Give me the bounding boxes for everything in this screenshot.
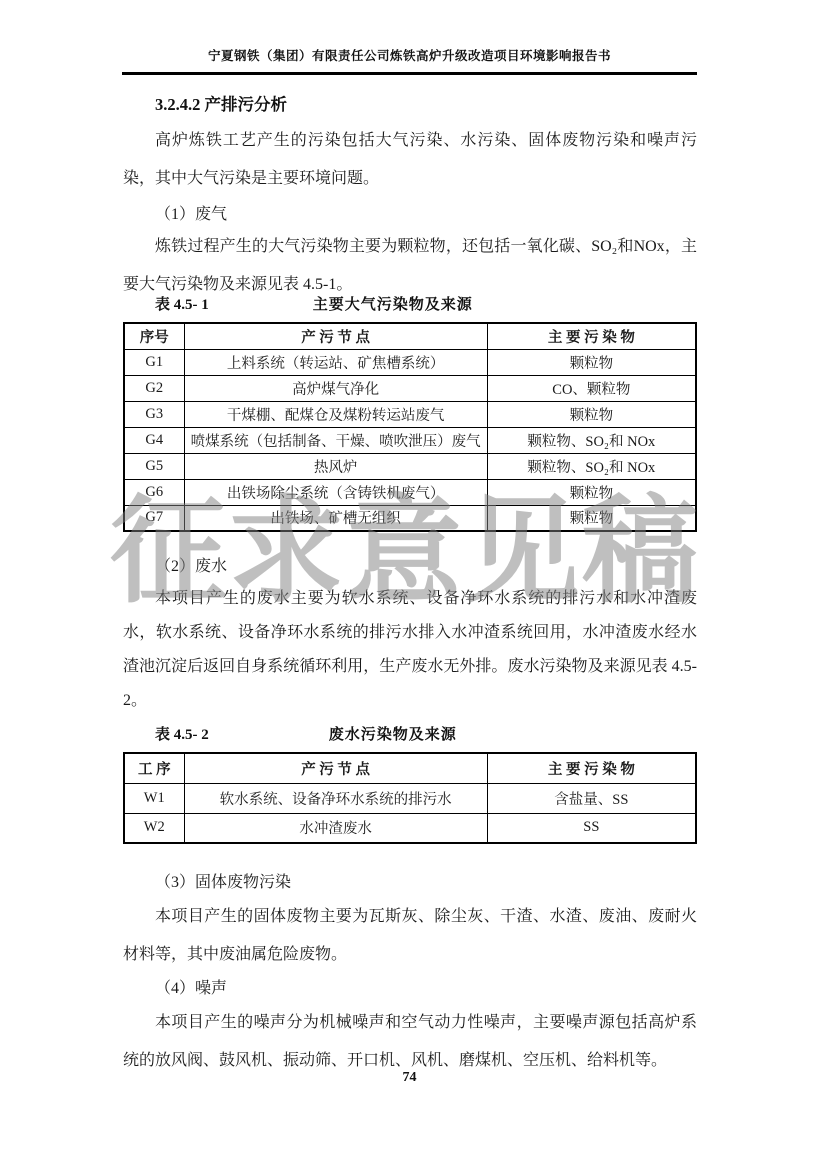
cell-id: W2: [124, 813, 184, 843]
table-row: G3 干煤棚、配煤仓及煤粉转运站废气 颗粒物: [124, 401, 696, 427]
subsection-3-heading: （3）固体废物污染: [123, 864, 697, 902]
table2-caption: 表 4.5- 2 废水污染物及来源: [123, 722, 697, 748]
section-heading: 3.2.4.2 产排污分析: [123, 90, 697, 120]
table-row: G4 喷煤系统（包括制备、干燥、喷吹泄压）废气 颗粒物、SO₂和 NOx: [124, 427, 696, 453]
table-row: G7 出铁场、矿槽无组织 颗粒物: [124, 505, 696, 531]
cell-pollutant: 颗粒物、SO₂和 NOx: [487, 453, 696, 479]
table1-header-id: 序号: [124, 323, 184, 349]
table2-caption-label: 表 4.5- 2: [155, 722, 209, 748]
cell-id: G1: [124, 349, 184, 375]
cell-node: 热风炉: [184, 453, 487, 479]
cell-pollutant: 颗粒物: [487, 479, 696, 505]
table-header-row: 工 序 产 污 节 点 主 要 污 染 物: [124, 753, 696, 783]
table-row: G6 出铁场除尘系统（含铸铁机废气） 颗粒物: [124, 479, 696, 505]
subsection-4-heading: （4）噪声: [123, 970, 697, 1008]
table1-wrapper: 序号 产 污 节 点 主 要 污 染 物 G1 上料系统（转运站、矿焦槽系统） …: [123, 322, 697, 532]
table2-header-pollutant: 主 要 污 染 物: [487, 753, 696, 783]
cell-node: 软水系统、设备净环水系统的排污水: [184, 783, 487, 813]
page-number: 74: [0, 1070, 819, 1086]
table2-wrapper: 工 序 产 污 节 点 主 要 污 染 物 W1 软水系统、设备净环水系统的排污…: [123, 752, 697, 844]
document-page: 宁夏钢铁（集团）有限责任公司炼铁高炉升级改造项目环境影响报告书 3.2.4.2 …: [0, 0, 819, 1158]
table-row: W2 水冲渣废水 SS: [124, 813, 696, 843]
table1-caption-label: 表 4.5- 1: [155, 292, 209, 318]
cell-node: 出铁场、矿槽无组织: [184, 505, 487, 531]
cell-node: 水冲渣废水: [184, 813, 487, 843]
cell-pollutant: 含盐量、SS: [487, 783, 696, 813]
paragraph-noise: 本项目产生的噪声分为机械噪声和空气动力性噪声，主要噪声源包括高炉系统的放风阀、鼓…: [123, 1004, 697, 1080]
table-header-row: 序号 产 污 节 点 主 要 污 染 物: [124, 323, 696, 349]
cell-pollutant: 颗粒物: [487, 401, 696, 427]
table1-header-node: 产 污 节 点: [184, 323, 487, 349]
table2-header-node: 产 污 节 点: [184, 753, 487, 783]
table2-header-process: 工 序: [124, 753, 184, 783]
table-wastewater-pollutants: 工 序 产 污 节 点 主 要 污 染 物 W1 软水系统、设备净环水系统的排污…: [123, 752, 697, 844]
table-air-pollutants: 序号 产 污 节 点 主 要 污 染 物 G1 上料系统（转运站、矿焦槽系统） …: [123, 322, 697, 532]
cell-pollutant: CO、颗粒物: [487, 375, 696, 401]
table1-caption-title: 主要大气污染物及来源: [313, 292, 473, 318]
table-row: G1 上料系统（转运站、矿焦槽系统） 颗粒物: [124, 349, 696, 375]
cell-pollutant: SS: [487, 813, 696, 843]
cell-id: G6: [124, 479, 184, 505]
cell-node: 出铁场除尘系统（含铸铁机废气）: [184, 479, 487, 505]
paragraph-waste-water: 本项目产生的废水主要为软水系统、设备净环水系统的排污水和水冲渣废水，软水系统、设…: [123, 582, 697, 718]
paragraph-intro: 高炉炼铁工艺产生的污染包括大气污染、水污染、固体废物污染和噪声污染，其中大气污染…: [123, 122, 697, 198]
cell-id: G3: [124, 401, 184, 427]
cell-node: 上料系统（转运站、矿焦槽系统）: [184, 349, 487, 375]
cell-node: 干煤棚、配煤仓及煤粉转运站废气: [184, 401, 487, 427]
table1-header-pollutant: 主 要 污 染 物: [487, 323, 696, 349]
table-row: W1 软水系统、设备净环水系统的排污水 含盐量、SS: [124, 783, 696, 813]
table1-caption: 表 4.5- 1 主要大气污染物及来源: [123, 292, 697, 318]
cell-id: W1: [124, 783, 184, 813]
cell-id: G2: [124, 375, 184, 401]
subsection-2-heading: （2）废水: [123, 548, 697, 586]
table-row: G2 高炉煤气净化 CO、颗粒物: [124, 375, 696, 401]
cell-pollutant: 颗粒物、SO₂和 NOx: [487, 427, 696, 453]
table-row: G5 热风炉 颗粒物、SO₂和 NOx: [124, 453, 696, 479]
cell-id: G4: [124, 427, 184, 453]
page-content: 3.2.4.2 产排污分析 高炉炼铁工艺产生的污染包括大气污染、水污染、固体废物…: [123, 0, 697, 1158]
cell-pollutant: 颗粒物: [487, 349, 696, 375]
cell-node: 喷煤系统（包括制备、干燥、喷吹泄压）废气: [184, 427, 487, 453]
cell-node: 高炉煤气净化: [184, 375, 487, 401]
paragraph-solid-waste: 本项目产生的固体废物主要为瓦斯灰、除尘灰、干渣、水渣、废油、废耐火材料等，其中废…: [123, 898, 697, 974]
cell-id: G5: [124, 453, 184, 479]
cell-pollutant: 颗粒物: [487, 505, 696, 531]
cell-id: G7: [124, 505, 184, 531]
table2-caption-title: 废水污染物及来源: [329, 722, 457, 748]
